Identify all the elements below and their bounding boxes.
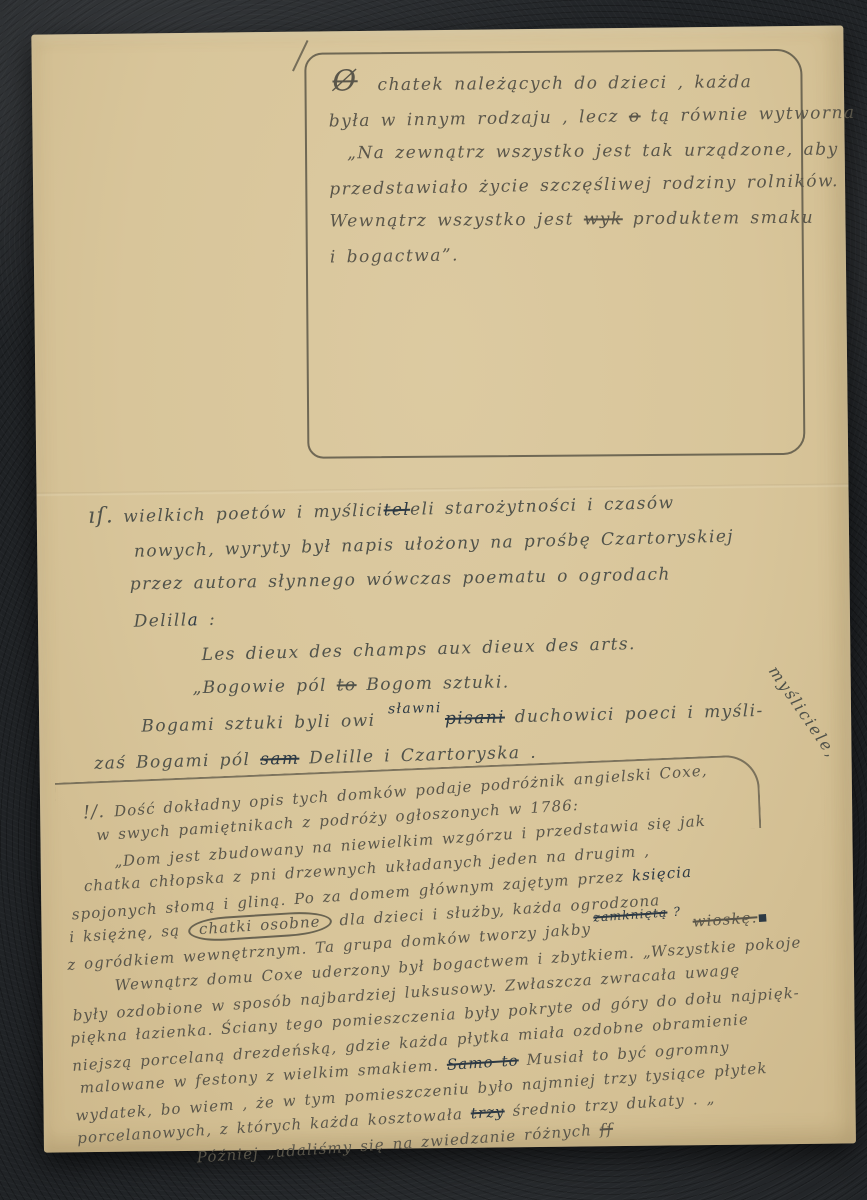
handwriting-line: była w innym rodzaju , lecz o tą równie … bbox=[329, 97, 793, 139]
handwriting-segment: Delill bbox=[134, 610, 188, 631]
handwriting-segment: była w innym rodzaju , lecz bbox=[329, 107, 629, 132]
handwriting-segment: tel bbox=[383, 500, 410, 521]
handwriting-segment: pisani bbox=[445, 707, 505, 729]
handwriting-segment: duchowici poeci i myśli- bbox=[505, 701, 764, 728]
handwriting-segment: a bbox=[187, 610, 199, 630]
handwriting-segment: zaś Bogami pól bbox=[94, 750, 260, 774]
penciled-frame-box: Ø chatek należących do dzieci , każdabył… bbox=[304, 49, 805, 459]
handwriting-segment: przedstawiało życie szczęśliwej rodziny … bbox=[329, 171, 839, 199]
handwriting-line: Wewnątrz wszystko jest wyk produktem sma… bbox=[329, 201, 793, 239]
handwriting-segment: ſſ bbox=[599, 1120, 614, 1139]
handwriting-segment: to bbox=[337, 675, 357, 695]
handwriting-line: przedstawiało życie szczęśliwej rodziny … bbox=[329, 165, 793, 207]
handwriting-segment: Wewnątrz wszystko jest bbox=[330, 210, 584, 232]
handwriting-segment: wioskę. bbox=[692, 908, 758, 930]
lower-section-text: !/.Dość dokładny opis tych domków podaje… bbox=[54, 748, 867, 1179]
handwriting-segment: „Bogowie pól bbox=[192, 676, 337, 699]
photographed-manuscript-page: { "page": { "background_color": "#202326… bbox=[0, 0, 867, 1200]
handwriting-segment: ▪ bbox=[757, 908, 769, 927]
handwriting-segment: tą równie wytworna bbox=[640, 103, 855, 127]
handwriting-segment: wyk bbox=[584, 209, 623, 229]
handwriting-segment: Ø bbox=[332, 63, 357, 97]
handwriting-segment: przez autora słynnego wówczas poematu o … bbox=[130, 565, 671, 595]
handwriting-segment: ıſ. bbox=[88, 503, 115, 529]
handwriting-segment: : bbox=[199, 610, 216, 630]
handwriting-segment: Les dieux des champs aux dieux des arts. bbox=[201, 634, 636, 665]
handwriting-line: „Na zewnątrz wszystko jest tak urządzone… bbox=[347, 133, 793, 171]
handwriting-segment: sam bbox=[260, 749, 300, 770]
handwriting-segment: wielkich poetów i myślici bbox=[123, 500, 384, 527]
handwriting-segment: ? bbox=[673, 900, 682, 925]
handwriting-segment: księcia bbox=[631, 863, 692, 885]
handwriting-segment: eli starożytności i czasów bbox=[410, 493, 675, 520]
handwriting-segment: trzy bbox=[470, 1102, 505, 1122]
handwriting-segment: produktem smaku bbox=[623, 208, 815, 230]
handwriting-segment: Bogami sztuki byli owi bbox=[141, 710, 385, 736]
handwriting-segment: Samo to bbox=[446, 1051, 519, 1073]
handwriting-segment: zamkniętą bbox=[593, 901, 669, 931]
handwriting-segment: „ bbox=[706, 1089, 716, 1108]
boxed-note-text: Ø chatek należących do dzieci , każdabył… bbox=[328, 65, 794, 273]
handwriting-segment: !/. bbox=[82, 801, 106, 823]
handwriting-line: Ø chatek należących do dzieci , każda bbox=[332, 65, 792, 103]
handwriting-segment: i bogactwa”. bbox=[330, 245, 459, 267]
handwriting-line: i bogactwa”. bbox=[330, 233, 794, 275]
handwriting-segment: sławni bbox=[388, 691, 443, 727]
middle-section-text: ıſ.wielkich poetów i myśliciteleli staro… bbox=[55, 481, 822, 783]
handwriting-segment: „Na zewnątrz wszystko jest tak urządzone… bbox=[347, 140, 839, 164]
handwriting-segment: i księżnę, są bbox=[69, 921, 189, 946]
handwriting-segment: o bbox=[629, 106, 641, 126]
handwriting-segment: chatek należących do dzieci , każda bbox=[358, 72, 753, 95]
manuscript-paper-sheet: Ø chatek należących do dzieci , każdabył… bbox=[31, 25, 856, 1152]
handwriting-segment: nowych, wyryty był napis ułożony na proś… bbox=[134, 527, 734, 562]
